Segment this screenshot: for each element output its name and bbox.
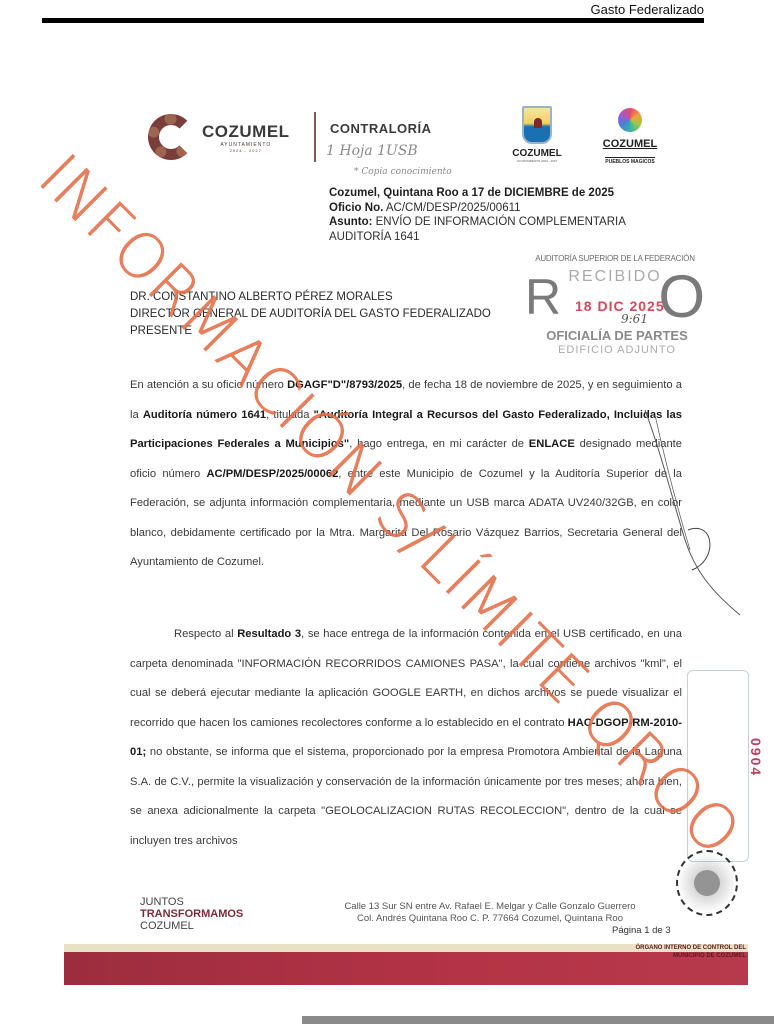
letter-meta: Cozumel, Quintana Roo a 17 de DICIEMBRE … (329, 186, 626, 244)
address-line-1: Calle 13 Sur SN entre Av. Rafael E. Melg… (305, 901, 675, 913)
emblem-sub: PUEBLOS MAGICOS (605, 157, 654, 165)
text: , entre este Municipio de Cozumel y la A… (130, 468, 682, 569)
slogan-line-1: JUNTOS (140, 896, 243, 908)
logo-word: COZUMEL (202, 122, 290, 142)
oficio-reference: DGAGF"D"/8793/2025 (287, 379, 402, 391)
text: , se hace entrega de la información cont… (130, 628, 682, 729)
logo-text: COZUMEL AYUNTAMIENTO 2024 - 2027 (202, 122, 290, 153)
body-paragraph-2: Respecto al Resultado 3, se hace entrega… (130, 620, 682, 856)
text: Respecto al (174, 628, 237, 640)
stamp-time: 9:61 (621, 312, 648, 326)
footer-address: Calle 13 Sur SN entre Av. Rafael E. Melg… (305, 901, 675, 925)
text: En atención a su oficio número (130, 379, 287, 391)
recipient-title: DIRECTOR GENERAL DE AUDITORÍA DEL GASTO … (130, 306, 491, 323)
asunto-text: ENVÍO DE INFORMACIÓN COMPLEMENTARIA (376, 216, 626, 228)
municipal-logo: COZUMEL AYUNTAMIENTO 2024 - 2027 (148, 114, 290, 160)
stamp-letter-o: O (658, 262, 705, 331)
emblem-word: COZUMEL (505, 148, 569, 159)
salutation: PRESENTE (130, 323, 491, 340)
result-reference: Resultado 3 (237, 628, 301, 640)
coat-of-arms-emblem: COZUMEL AYUNTAMIENTO 2024 - 2027 (505, 106, 569, 163)
letterhead-divider (314, 112, 316, 162)
text: , titulada (266, 409, 313, 421)
designation-oficio: AC/PM/DESP/2025/00062 (206, 468, 338, 480)
logo-years: 2024 - 2027 (202, 148, 290, 153)
running-header: Gasto Federalizado (591, 2, 704, 17)
header-rule (42, 18, 704, 23)
stamp-office: OFICIALÍA DE PARTES (527, 328, 707, 343)
role: ENLACE (529, 438, 575, 450)
received-stamp: AUDITORÍA SUPERIOR DE LA FEDERACIÓN R RE… (523, 254, 707, 364)
address-line-2: Col. Andrés Quintana Roo C. P. 77664 Coz… (305, 913, 675, 925)
slogan-line-3: COZUMEL (140, 920, 243, 932)
text: , hago entrega, en mi carácter de (349, 438, 529, 450)
emblem-word: COZUMEL (595, 138, 665, 150)
recipient-block: DR. CONSTANTINO ALBERTO PÉREZ MORALES DI… (130, 289, 491, 340)
page-number: Página 1 de 3 (612, 925, 671, 936)
place-date: Cozumel, Quintana Roo a 17 de DICIEMBRE … (329, 187, 614, 199)
department-name: CONTRALORÍA (330, 121, 432, 136)
footer-slogan: JUNTOS TRANSFORMAMOS COZUMEL (140, 896, 243, 932)
viewer-bottom-bar (302, 1016, 774, 1024)
signature-stroke (640, 410, 750, 620)
logo-c-icon (148, 114, 194, 160)
oficio-number: AC/CM/DESP/2025/00611 (386, 202, 521, 214)
handwritten-note-2: * Copia conocimiento (354, 167, 452, 177)
asunto-label: Asunto: (329, 216, 372, 228)
oficio-label: Oficio No. (329, 202, 383, 214)
side-received-box (687, 670, 749, 862)
slogan-line-2: TRANSFORMAMOS (140, 908, 243, 920)
audit-number: Auditoría número 1641 (143, 409, 266, 421)
footer-band-label: ÓRGANO INTERNO DE CONTROL DEL MUNICIPIO … (626, 944, 746, 960)
shield-icon (522, 106, 552, 144)
stamp-date: 18 DIC 2025 (575, 298, 665, 314)
text: no obstante, se informa que el sistema, … (130, 746, 682, 847)
asunto-line2: AUDITORÍA 1641 (329, 230, 626, 245)
flower-icon (618, 108, 642, 132)
handwritten-note: 1 Hoja 1USB (326, 143, 418, 159)
recipient-name: DR. CONSTANTINO ALBERTO PÉREZ MORALES (130, 289, 491, 306)
official-seal (676, 850, 738, 916)
pueblos-magicos-emblem: COZUMEL PUEBLOS MAGICOS (595, 108, 665, 168)
stamp-building: EDIFICIO ADJUNTO (527, 344, 707, 356)
side-stamp-number: 0904 (748, 738, 764, 777)
emblem-sub: AYUNTAMIENTO 2024 - 2027 (505, 159, 569, 163)
body-paragraph-1: En atención a su oficio número DGAGF"D"/… (130, 371, 682, 578)
